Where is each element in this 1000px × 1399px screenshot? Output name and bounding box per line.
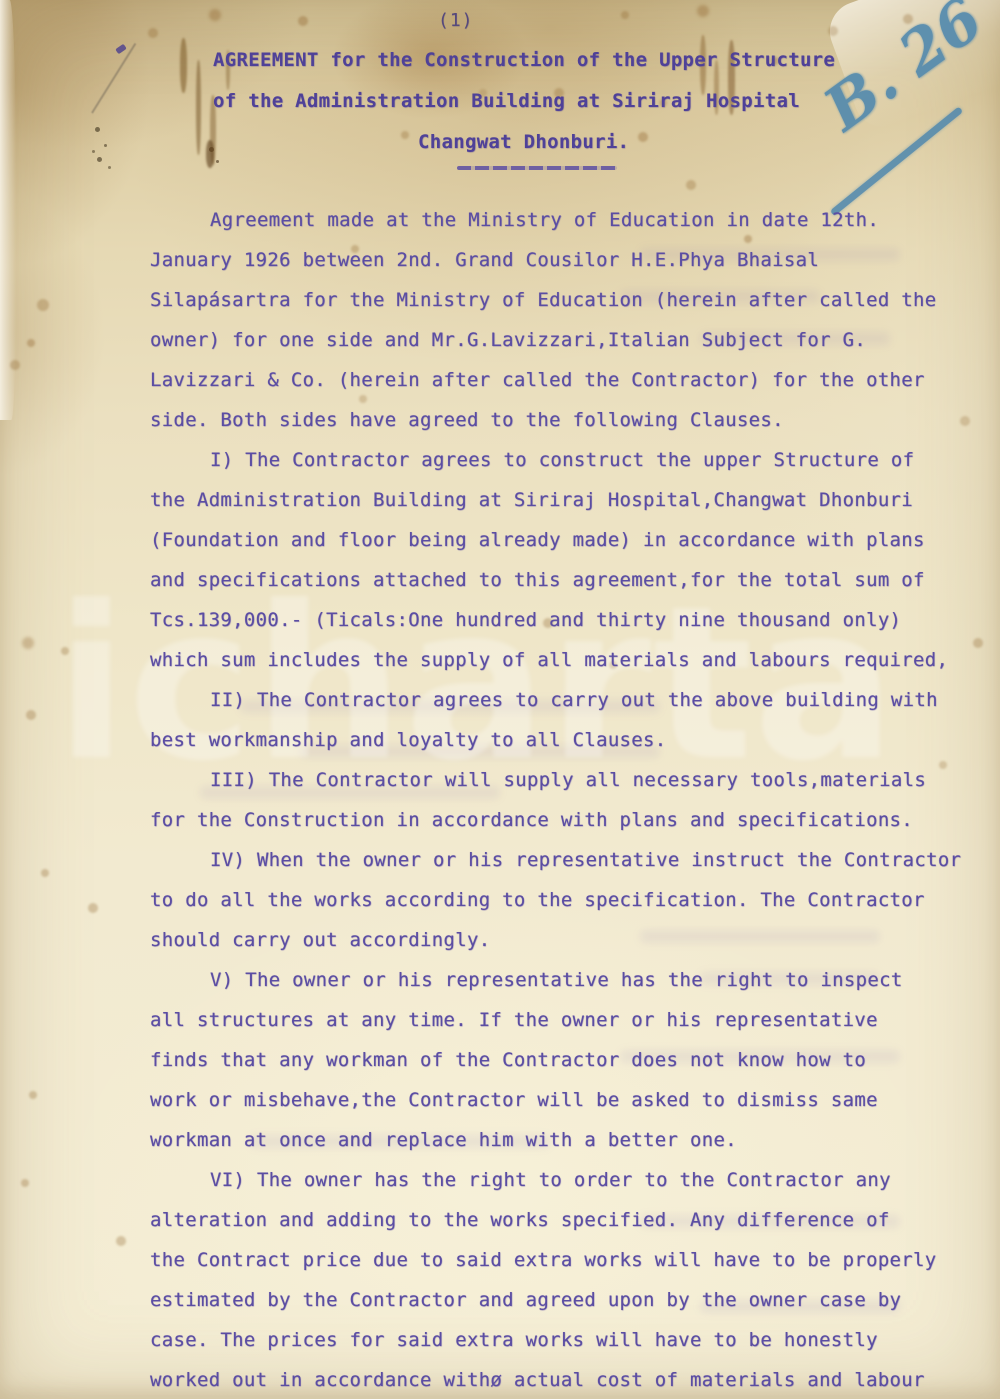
text-line: best workmanship and loyalty to all Clau… [150, 720, 961, 760]
text-line: alteration and adding to the works speci… [150, 1200, 961, 1240]
text-line: (Foundation and floor being already made… [150, 520, 961, 560]
text-line: to do all the works according to the spe… [150, 880, 961, 920]
text-line: side. Both sides have agreed to the foll… [150, 400, 961, 440]
text-line: should carry out accordingly. [150, 920, 961, 960]
paragraph-preamble: Agreement made at the Ministry of Educat… [150, 200, 961, 440]
text-line: IV) When the owner or his representative… [150, 840, 961, 880]
torn-edge-highlight [0, 0, 16, 420]
ink-fleck [115, 44, 127, 55]
text-line: which sum includes the supply of all mat… [150, 640, 961, 680]
document-body: Agreement made at the Ministry of Educat… [150, 200, 961, 1399]
paragraph-clause-3: III) The Contractor will supply all nece… [150, 760, 961, 840]
pencil-mark [91, 43, 136, 114]
stain-streak [180, 38, 187, 93]
document-title: AGREEMENT for the Construction of the Up… [213, 40, 835, 163]
paragraph-clause-1: I) The Contractor agrees to construct th… [150, 440, 961, 680]
text-line: and specifications attached to this agre… [150, 560, 961, 600]
text-line: finds that any workman of the Contractor… [150, 1040, 961, 1080]
text-line: I) The Contractor agrees to construct th… [150, 440, 961, 480]
title-underline [457, 166, 617, 170]
text-line: workman at once and replace him with a b… [150, 1120, 961, 1160]
text-line: work or misbehave,the Contractor will be… [150, 1080, 961, 1120]
text-line: worked out in accordance withø actual co… [150, 1360, 961, 1399]
title-line-2: of the Administration Building at Sirira… [213, 81, 835, 122]
text-line: VI) The owner has the right to order to … [150, 1160, 961, 1200]
text-line: Agreement made at the Ministry of Educat… [150, 200, 961, 240]
text-line: for the Construction in accordance with … [150, 800, 961, 840]
text-line: the Contract price due to said extra wor… [150, 1240, 961, 1280]
paragraph-clause-5: V) The owner or his representative has t… [150, 960, 961, 1160]
text-line: owner) for one side and Mr.G.Lavizzari,I… [150, 320, 961, 360]
text-line: all structures at any time. If the owner… [150, 1000, 961, 1040]
text-line: Tcs.139,000.- (Ticals:One hundred and th… [150, 600, 961, 640]
text-line: case. The prices for said extra works wi… [150, 1320, 961, 1360]
paragraph-clause-4: IV) When the owner or his representative… [150, 840, 961, 960]
text-line: January 1926 between 2nd. Grand Cousilor… [150, 240, 961, 280]
text-line: the Administration Building at Siriraj H… [150, 480, 961, 520]
title-line-1: AGREEMENT for the Construction of the Up… [213, 40, 835, 81]
page-number: (1) [438, 10, 474, 31]
text-line: III) The Contractor will supply all nece… [150, 760, 961, 800]
title-line-3: Changwat Dhonburi. [213, 122, 835, 163]
text-line: Lavizzari & Co. (herein after called the… [150, 360, 961, 400]
ink-speckles [0, 0, 3, 3]
text-line: Silapásartra for the Ministry of Educati… [150, 280, 961, 320]
text-line: V) The owner or his representative has t… [150, 960, 961, 1000]
text-line: estimated by the Contractor and agreed u… [150, 1280, 961, 1320]
document-page: icharta (1) AGREEMENT for the Constructi… [0, 0, 1000, 1399]
stain-streak [196, 60, 201, 155]
text-line: II) The Contractor agrees to carry out t… [150, 680, 961, 720]
paragraph-clause-2: II) The Contractor agrees to carry out t… [150, 680, 961, 760]
paragraph-clause-6: VI) The owner has the right to order to … [150, 1160, 961, 1399]
